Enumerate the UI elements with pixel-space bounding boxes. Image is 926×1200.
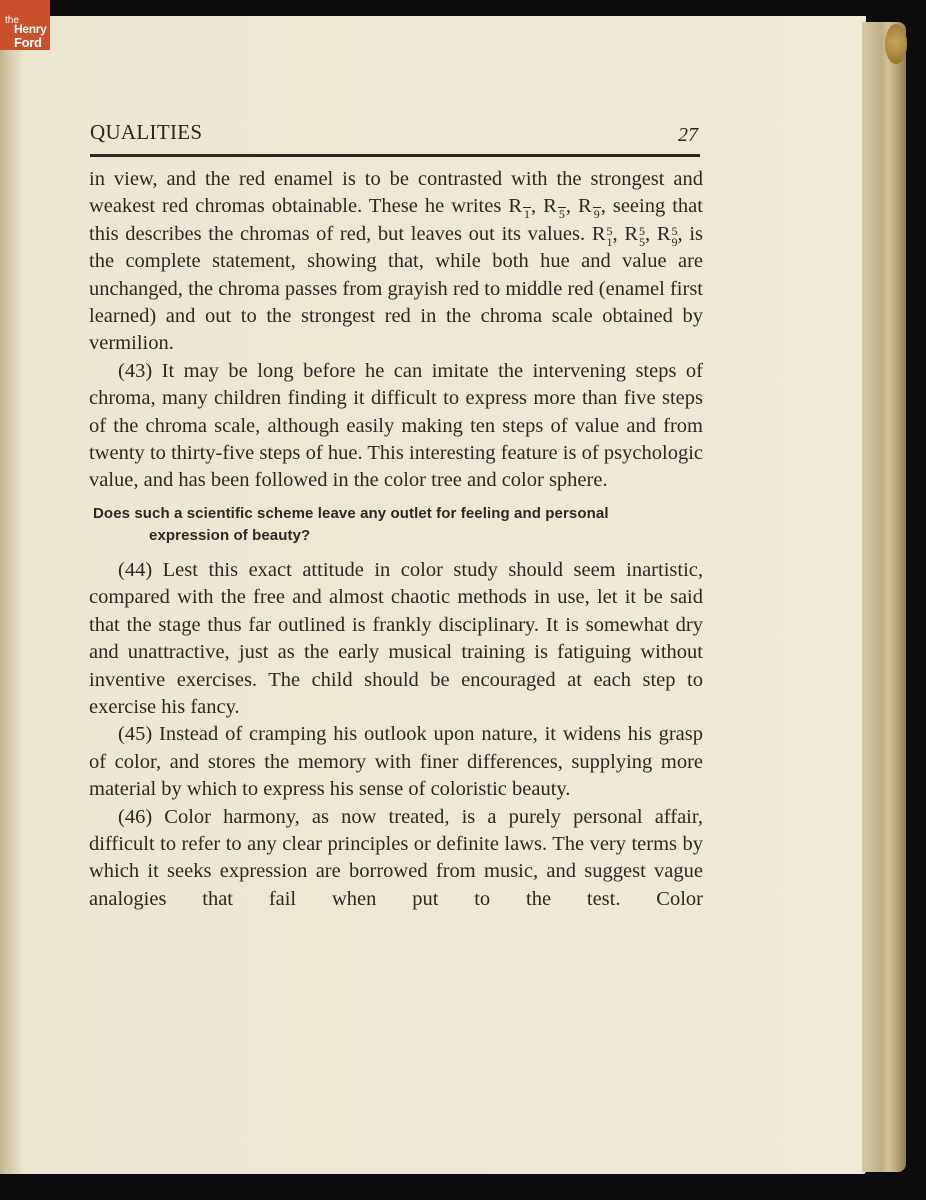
book-edge <box>862 22 906 1172</box>
paragraph-46: (46) Color harmony, as now treated, is a… <box>89 804 703 914</box>
chroma-subscript: 5 <box>558 207 566 220</box>
paragraph-44: (44) Lest this exact attitude in color s… <box>89 557 703 721</box>
chroma-subscript: 9 <box>593 207 601 220</box>
header-rule <box>90 154 700 157</box>
running-head: QUALITIES <box>90 120 202 145</box>
paragraph-continued: in view, and the red enamel is to be con… <box>89 166 703 358</box>
question-line-2: expression of beauty? <box>93 525 703 547</box>
logo-ford: Ford <box>14 36 42 49</box>
gutter-shadow <box>0 16 24 1174</box>
page-header: QUALITIES 27 <box>90 120 700 154</box>
paragraph-45: (45) Instead of cramping his outlook upo… <box>89 721 703 803</box>
chroma-subscript: 1 <box>523 207 531 220</box>
margin-question: Does such a scientific scheme leave any … <box>93 503 703 547</box>
body-text: in view, and the red enamel is to be con… <box>89 166 703 913</box>
henry-ford-logo: the Henry Ford <box>0 0 50 50</box>
page-number: 27 <box>678 124 698 147</box>
logo-henry: Henry <box>14 23 47 35</box>
question-line-1: Does such a scientific scheme leave any … <box>93 505 609 522</box>
paragraph-43: (43) It may be long before he can imitat… <box>89 358 703 495</box>
book-corner <box>885 24 907 64</box>
